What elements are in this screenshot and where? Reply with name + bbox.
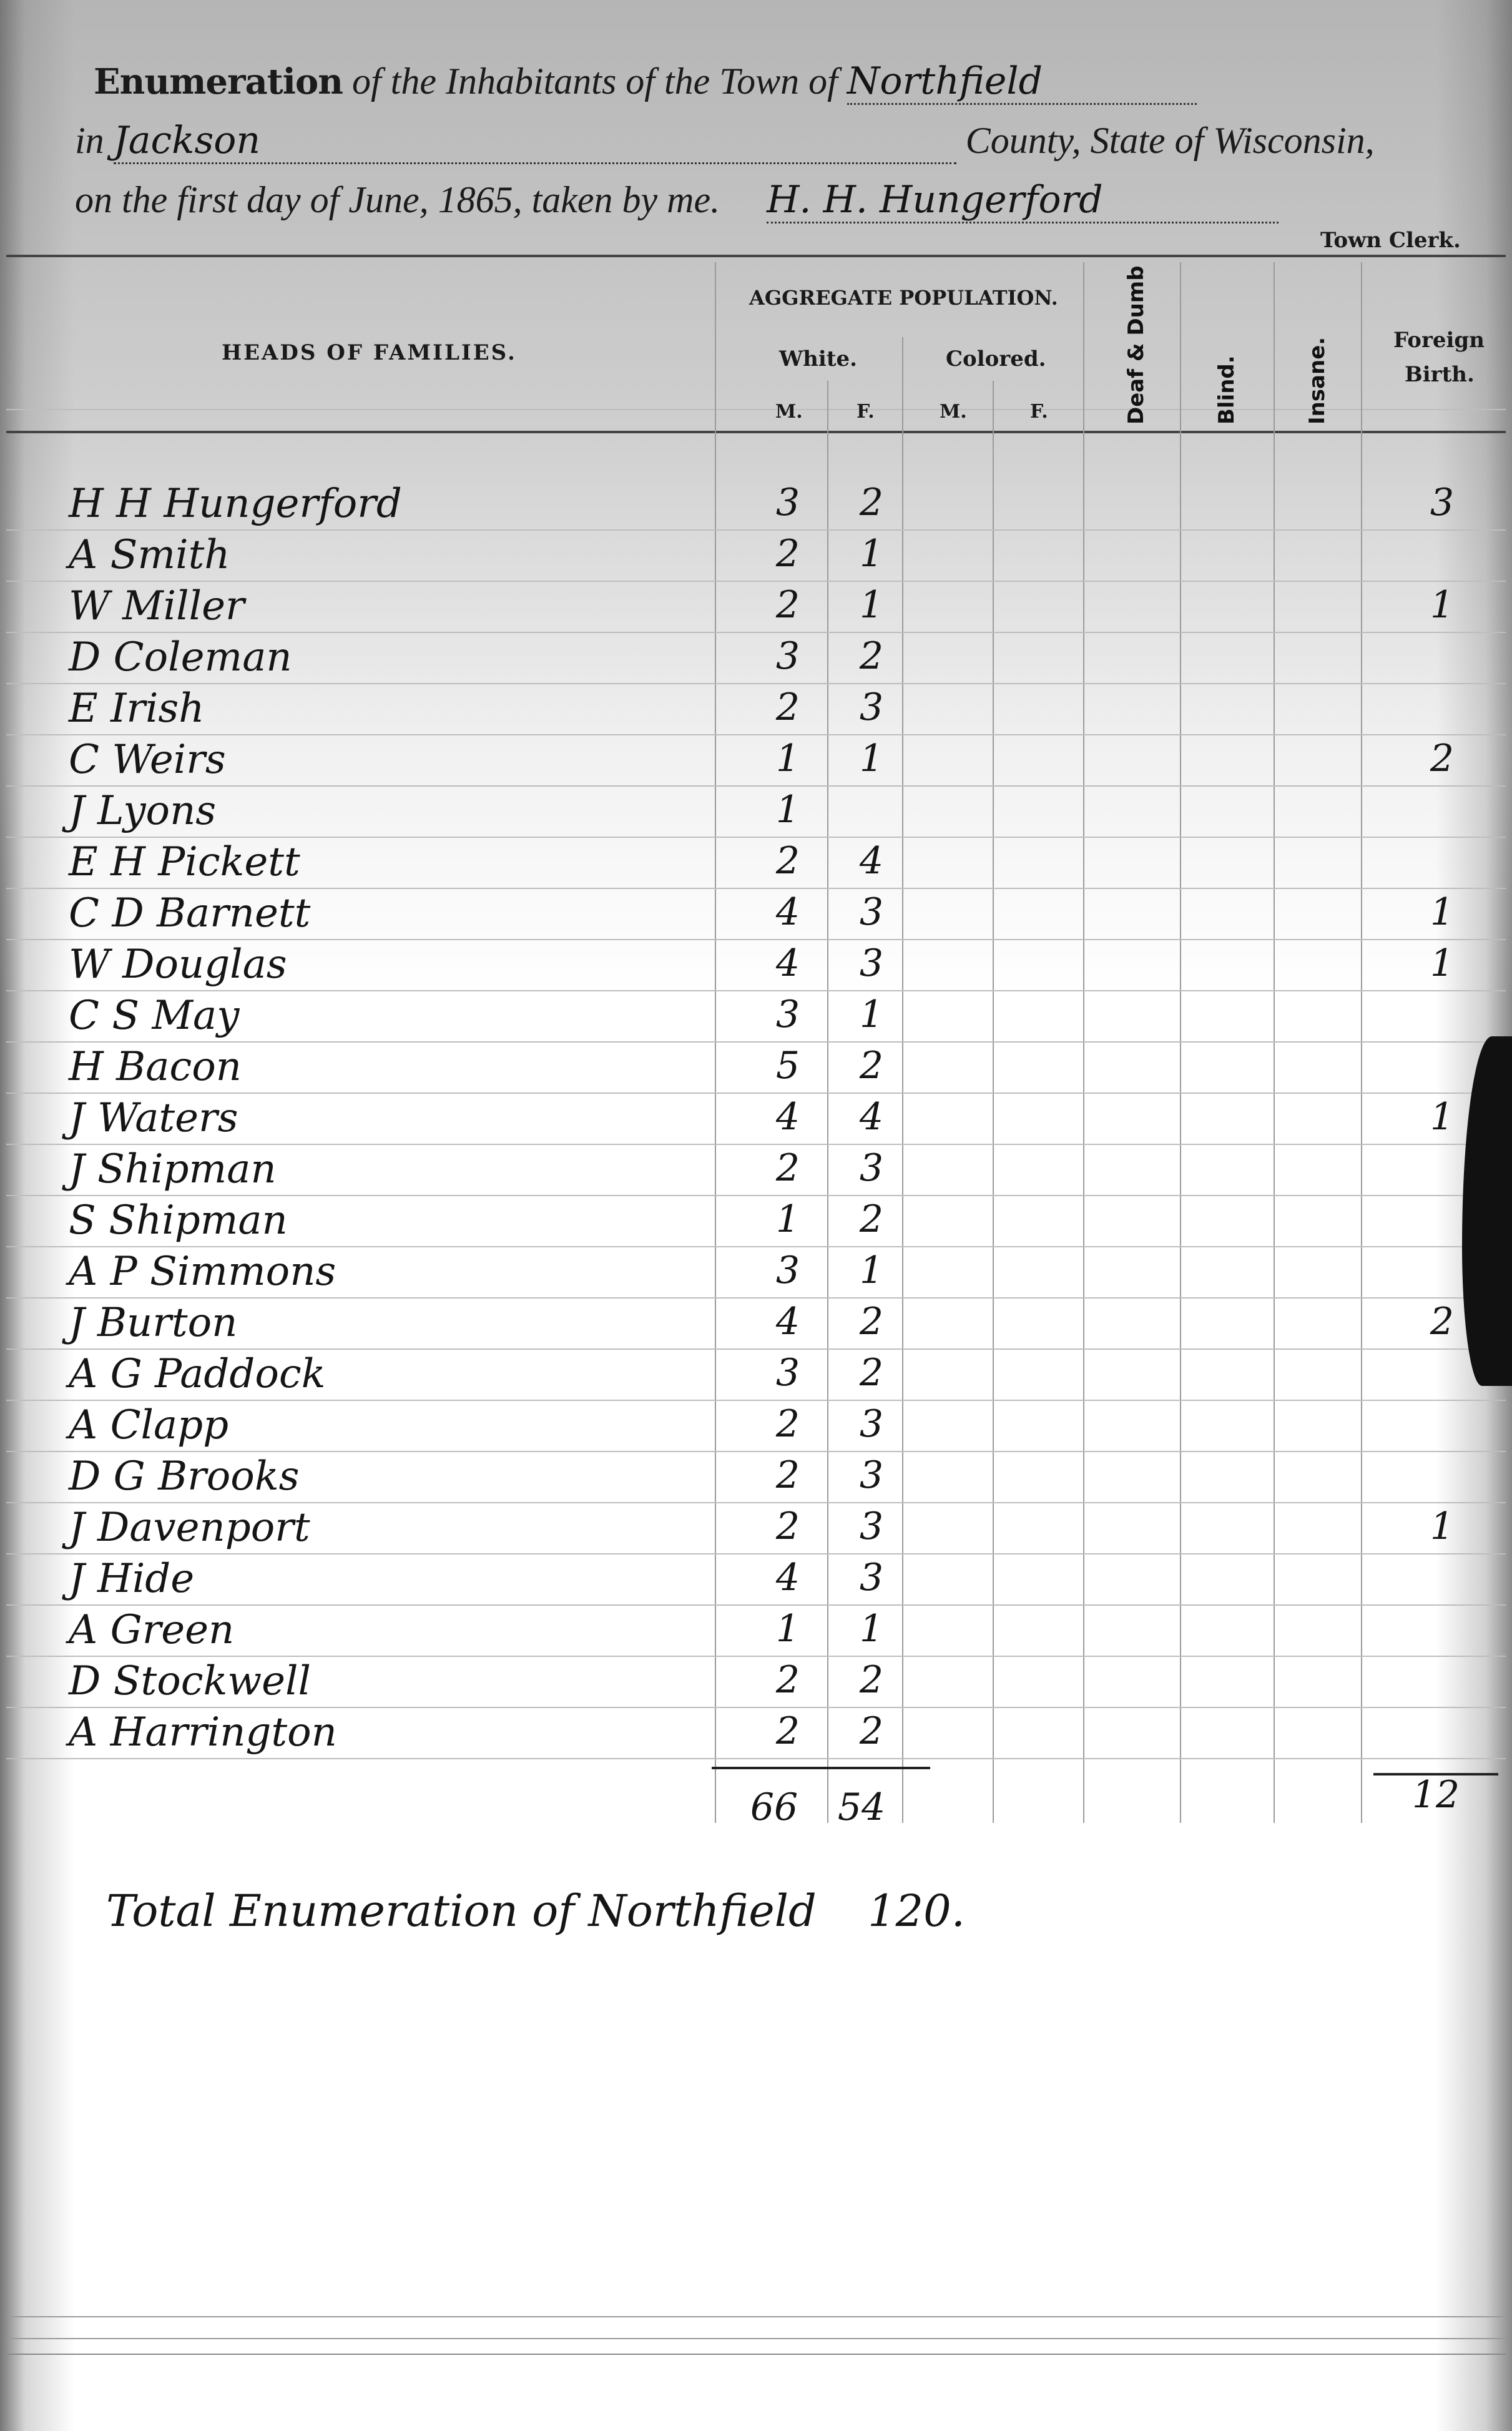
- family-row: A Smith21: [0, 532, 1512, 583]
- head-of-family-name: W Douglas: [69, 941, 287, 988]
- county-suffix: County, State of Wisconsin,: [966, 120, 1375, 161]
- head-of-family-name: A Harrington: [69, 1709, 337, 1756]
- colored-m-header: M.: [940, 401, 967, 423]
- row-rule: [6, 1553, 1506, 1554]
- row-rule: [6, 1758, 1506, 1759]
- family-row: J Lyons1: [0, 788, 1512, 839]
- family-row: D Stockwell22: [0, 1658, 1512, 1709]
- white-male-count: 3: [769, 1249, 807, 1292]
- row-rule: [6, 1502, 1506, 1503]
- white-m-header: M.: [775, 401, 803, 423]
- white-male-count: 2: [769, 1402, 807, 1446]
- row-rule: [6, 1348, 1506, 1350]
- foreign-birth-header-line2: Birth.: [1405, 362, 1475, 387]
- foreign-birth-count: 1: [1423, 941, 1461, 985]
- total-white-m: 66: [743, 1785, 805, 1829]
- head-of-family-name: J Waters: [69, 1095, 238, 1141]
- family-row: J Davenport231: [0, 1505, 1512, 1556]
- row-rule: [6, 837, 1506, 838]
- white-female-count: 2: [853, 1300, 890, 1343]
- white-male-count: 2: [769, 685, 807, 729]
- white-header: White.: [779, 346, 857, 371]
- white-male-count: 2: [769, 1453, 807, 1497]
- white-female-count: 3: [853, 941, 890, 985]
- white-female-count: 1: [853, 993, 890, 1036]
- head-of-family-name: D Coleman: [69, 634, 292, 680]
- family-row: C Weirs112: [0, 737, 1512, 788]
- white-female-count: 1: [853, 532, 890, 576]
- head-of-family-name: J Lyons: [69, 788, 216, 834]
- clerk-signature: H. H. Hungerford: [767, 178, 1279, 223]
- white-male-count: 2: [769, 583, 807, 627]
- county-line: in Jackson County, State of Wisconsin,: [75, 119, 1473, 164]
- white-male-count: 2: [769, 1505, 807, 1548]
- family-row: S Shipman12: [0, 1197, 1512, 1249]
- white-female-count: 1: [853, 737, 890, 780]
- white-female-count: 4: [853, 839, 890, 883]
- sum-rule: [712, 1767, 930, 1769]
- title-prefix: Enumeration: [94, 61, 343, 102]
- row-rule: [6, 1707, 1506, 1708]
- foreign-birth-header-line1: Foreign: [1393, 328, 1485, 353]
- white-female-count: 1: [853, 1607, 890, 1651]
- white-female-count: 3: [853, 1453, 890, 1497]
- white-male-count: 5: [769, 1044, 807, 1088]
- white-female-count: 2: [853, 1709, 890, 1753]
- town-field: Northfield: [847, 59, 1197, 105]
- family-row: J Waters441: [0, 1095, 1512, 1146]
- row-rule: [6, 683, 1506, 684]
- family-row: W Miller211: [0, 583, 1512, 634]
- head-of-family-name: C Weirs: [69, 737, 226, 783]
- white-male-count: 3: [769, 1351, 807, 1395]
- row-rule: [6, 1604, 1506, 1606]
- deaf-dumb-header: Deaf & Dumb: [1124, 265, 1149, 425]
- white-male-count: 2: [769, 1146, 807, 1190]
- row-rule: [6, 888, 1506, 889]
- family-row: C D Barnett431: [0, 890, 1512, 941]
- white-female-count: 1: [853, 1249, 890, 1292]
- row-rule: [6, 1195, 1506, 1196]
- foreign-birth-count: 2: [1423, 1300, 1461, 1343]
- foreign-birth-count: 1: [1423, 583, 1461, 627]
- total-enumeration-label: Total Enumeration of Northfield: [106, 1885, 817, 1937]
- clerk-title: Town Clerk.: [1320, 228, 1461, 253]
- head-of-family-name: H Bacon: [69, 1044, 242, 1090]
- white-male-count: 3: [769, 481, 807, 524]
- white-male-count: 4: [769, 1556, 807, 1599]
- head-of-family-name: C S May: [69, 993, 239, 1039]
- white-female-count: 3: [853, 1146, 890, 1190]
- bottom-rule: [6, 2338, 1506, 2339]
- white-female-count: 4: [853, 1095, 890, 1139]
- head-of-family-name: A G Paddock: [69, 1351, 325, 1397]
- family-row: A G Paddock32: [0, 1351, 1512, 1402]
- row-rule: [6, 1246, 1506, 1247]
- white-female-count: 2: [853, 1044, 890, 1088]
- county-field: Jackson: [114, 119, 956, 164]
- row-rule: [6, 529, 1506, 531]
- white-male-count: 4: [769, 941, 807, 985]
- white-male-count: 2: [769, 1709, 807, 1753]
- header-rule: [6, 255, 1506, 257]
- colored-header: Colored.: [946, 346, 1046, 371]
- family-row: D G Brooks23: [0, 1453, 1512, 1505]
- foreign-birth-count: 1: [1423, 1095, 1461, 1139]
- family-row: D Coleman32: [0, 634, 1512, 685]
- head-of-family-name: D Stockwell: [69, 1658, 311, 1704]
- white-female-count: 3: [853, 890, 890, 934]
- white-male-count: 4: [769, 1095, 807, 1139]
- family-row: J Shipman23: [0, 1146, 1512, 1197]
- head-of-family-name: J Shipman: [69, 1146, 277, 1192]
- head-of-family-name: E H Pickett: [69, 839, 300, 885]
- head-of-family-name: W Miller: [69, 583, 245, 629]
- total-white-f: 54: [830, 1785, 893, 1829]
- white-f-header: F.: [857, 401, 875, 423]
- family-row: A Harrington22: [0, 1709, 1512, 1761]
- row-rule: [6, 1656, 1506, 1657]
- date-text: on the first day of June, 1865, taken by…: [75, 179, 720, 220]
- row-rule: [6, 785, 1506, 787]
- white-male-count: 4: [769, 890, 807, 934]
- white-male-count: 1: [769, 1607, 807, 1651]
- census-page: Enumeration of the Inhabitants of the To…: [0, 0, 1512, 2431]
- white-male-count: 3: [769, 993, 807, 1036]
- column-header-rule: [6, 431, 1506, 433]
- row-rule: [6, 1400, 1506, 1401]
- in-label: in: [75, 120, 104, 161]
- row-rule: [6, 1041, 1506, 1043]
- head-of-family-name: C D Barnett: [69, 890, 310, 936]
- white-male-count: 2: [769, 1658, 807, 1702]
- white-male-count: 3: [769, 634, 807, 678]
- white-male-count: 2: [769, 839, 807, 883]
- white-female-count: 3: [853, 1556, 890, 1599]
- colored-f-header: F.: [1030, 401, 1048, 423]
- row-rule: [6, 990, 1506, 991]
- white-female-count: 2: [853, 634, 890, 678]
- white-female-count: 2: [853, 1658, 890, 1702]
- row-rule: [6, 1144, 1506, 1145]
- head-of-family-name: J Davenport: [69, 1505, 310, 1551]
- white-female-count: 2: [853, 481, 890, 524]
- total-enumeration-value: 120.: [868, 1885, 965, 1937]
- head-of-family-name: H H Hungerford: [69, 481, 402, 527]
- white-female-count: 3: [853, 1505, 890, 1548]
- head-of-family-name: J Burton: [69, 1300, 237, 1346]
- head-of-family-name: E Irish: [69, 685, 204, 732]
- bottom-rule: [6, 2316, 1506, 2317]
- family-row: E Irish23: [0, 685, 1512, 737]
- head-of-family-name: A P Simmons: [69, 1249, 336, 1295]
- row-rule: [6, 1297, 1506, 1299]
- column-subheader-rule: [6, 409, 1506, 410]
- bottom-rule: [6, 2354, 1506, 2355]
- family-row: E H Pickett24: [0, 839, 1512, 890]
- row-rule: [6, 939, 1506, 940]
- heads-of-families-header: HEADS OF FAMILIES.: [222, 340, 517, 365]
- total-enumeration-line: Total Enumeration of Northfield 120.: [106, 1885, 965, 1937]
- family-row: A Clapp23: [0, 1402, 1512, 1453]
- white-male-count: 1: [769, 737, 807, 780]
- aggregate-population-header: AGGREGATE POPULATION.: [749, 286, 1058, 310]
- head-of-family-name: S Shipman: [69, 1197, 288, 1244]
- family-row: A P Simmons31: [0, 1249, 1512, 1300]
- white-male-count: 4: [769, 1300, 807, 1343]
- total-foreign: 12: [1405, 1773, 1467, 1817]
- date-line: on the first day of June, 1865, taken by…: [75, 178, 1279, 223]
- row-rule: [6, 581, 1506, 582]
- white-male-count: 1: [769, 1197, 807, 1241]
- head-of-family-name: A Clapp: [69, 1402, 228, 1448]
- blind-header: Blind.: [1214, 355, 1239, 425]
- family-row: J Hide43: [0, 1556, 1512, 1607]
- head-of-family-name: D G Brooks: [69, 1453, 299, 1500]
- family-row: C S May31: [0, 993, 1512, 1044]
- white-female-count: 2: [853, 1197, 890, 1241]
- white-female-count: 2: [853, 1351, 890, 1395]
- row-rule: [6, 632, 1506, 633]
- head-of-family-name: A Smith: [69, 532, 230, 578]
- foreign-birth-count: 1: [1423, 1505, 1461, 1548]
- title-text: of the Inhabitants of the Town of: [352, 61, 838, 102]
- white-female-count: 1: [853, 583, 890, 627]
- family-row: J Burton422: [0, 1300, 1512, 1351]
- foreign-birth-count: 3: [1423, 481, 1461, 524]
- white-female-count: 3: [853, 1402, 890, 1446]
- head-of-family-name: A Green: [69, 1607, 234, 1653]
- white-male-count: 2: [769, 532, 807, 576]
- head-of-family-name: J Hide: [69, 1556, 194, 1602]
- row-rule: [6, 734, 1506, 735]
- white-female-count: 3: [853, 685, 890, 729]
- row-rule: [6, 1093, 1506, 1094]
- foreign-birth-count: 1: [1423, 890, 1461, 934]
- family-row: H Bacon52: [0, 1044, 1512, 1095]
- title-line: Enumeration of the Inhabitants of the To…: [94, 59, 1197, 105]
- insane-header: Insane.: [1305, 337, 1330, 425]
- family-row: A Green11: [0, 1607, 1512, 1658]
- row-rule: [6, 1451, 1506, 1452]
- foreign-birth-count: 2: [1423, 737, 1461, 780]
- white-male-count: 1: [769, 788, 807, 832]
- family-row: H H Hungerford323: [0, 481, 1512, 532]
- family-row: W Douglas431: [0, 941, 1512, 993]
